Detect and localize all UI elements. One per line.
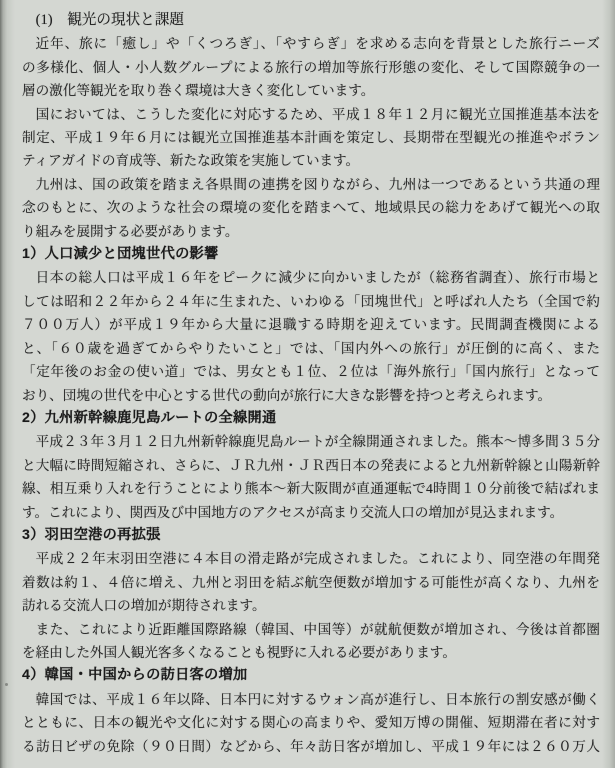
text-line: と大幅に時間短縮され、さらに、ＪＲ九州・ＪＲ西日本の発表によると九州新幹線と山陽…: [22, 454, 600, 477]
text-line: る訪日ビザの免除（９０日間）などから、年々訪日客が増加し、平成１９年には２６０万…: [22, 735, 600, 758]
text-line: 平成２３年３月１２日九州新幹線鹿児島ルートが全線開通されました。熊本～博多間３５…: [22, 430, 600, 453]
page-title: (1) 観光の現状と課題: [22, 9, 600, 32]
scan-edge-right: [601, 0, 615, 768]
text-line: 着数は約１、４倍に増え、九州と羽田を結ぶ航空便数が増加する可能性が高くなり、九州…: [22, 571, 600, 594]
text-line: おり、団塊の世代を中心とする世代の動向が旅行に大きな影響を持つと考えられます。: [22, 384, 600, 407]
text-line: り組みを展開する必要があります。: [22, 220, 600, 243]
scan-noise-speck: [5, 683, 8, 686]
section-heading: 4）韓国・中国からの訪日客の増加: [22, 664, 600, 687]
text-line: とともに、日本の観光や文化に対する関心の高まりや、愛知万博の開催、短期滞在者に対…: [22, 711, 600, 734]
text-line: ティアガイドの育成等、新たな政策を実施しています。: [22, 149, 600, 172]
text-line: 近年、旅に「癒し」や「くつろぎ」、「やすらぎ」を求める志向を背景とした旅行ニーズ: [22, 32, 600, 55]
scan-edge-left: [0, 0, 16, 768]
text-line: と、「６０歳を過ぎてからやりたいこと」では、「国内外への旅行」が圧倒的に高く、ま…: [22, 337, 600, 360]
text-line: 韓国では、平成１６年以降、日本円に対するウォン高が進行し、日本旅行の割安感が働く: [22, 688, 600, 711]
text-line: 念のもとに、次のような社会の環境の変化を踏まへて、地域県民の総力をあげて観光への…: [22, 196, 600, 219]
document-body: (1) 観光の現状と課題近年、旅に「癒し」や「くつろぎ」、「やすらぎ」を求める志…: [22, 9, 600, 758]
text-line: 線、相互乗り入れを行うことにより熊本～新大阪間が直通運転で4時間１０分前後で結ば…: [22, 477, 600, 500]
text-line: 訪れる交流人口の増加が期待されます。: [22, 594, 600, 617]
text-line: ７００万人）が平成１９年から大量に退職する時期を迎えています。民間調査機関による: [22, 313, 600, 336]
text-line: を経由した外国人観光客多くなることも視野に入れる必要があります。: [22, 641, 600, 664]
text-line: 制定、平成１９年６月には観光立国推進基本計画を策定し、長期帯在型観光の推進やボラ…: [22, 126, 600, 149]
section-heading: 1）人口減少と団塊世代の影響: [22, 243, 600, 266]
text-line: 日本の総人口は平成１６年をピークに減少に向かいましたが（総務省調査）、旅行市場と: [22, 266, 600, 289]
text-line: 九州は、国の政策を踏まえ各県間の連携を図りながら、九州は一つであるという共通の理: [22, 173, 600, 196]
text-line: 国においては、こうした変化に対応するため、平成１８年１２月に観光立国推進基本法を: [22, 103, 600, 126]
text-line: しては昭和２２年から２４年に生まれた、いわゆる「団塊世代」と呼ばれ人たち（全国で…: [22, 290, 600, 313]
text-line: す。これにより、関西及び中国地方のアクセスが高まり交流人口の増加が見込まれます。: [22, 501, 600, 524]
scanned-document-page: (1) 観光の現状と課題近年、旅に「癒し」や「くつろぎ」、「やすらぎ」を求める志…: [0, 0, 615, 768]
text-line: 「定年後のお金の使い道」では、男女とも１位、２位は「海外旅行」「国内旅行」となっ…: [22, 360, 600, 383]
text-line: 平成２２年末羽田空港に４本目の滑走路が完成されました。これにより、同空港の年間発: [22, 547, 600, 570]
section-heading: 2）九州新幹線鹿児島ルートの全線開通: [22, 407, 600, 430]
text-line: 層の激化等観光を取り巻く環境は大きく変化しています。: [22, 79, 600, 102]
section-heading: 3）羽田空港の再拡張: [22, 524, 600, 547]
text-line: また、これにより近距離国際路線（韓国、中国等）が就航便数が増加され、今後は首都圏: [22, 618, 600, 641]
text-line: の多様化、個人・小人数グループによる旅行の増加等旅行形態の変化、そして国際競争の…: [22, 56, 600, 79]
